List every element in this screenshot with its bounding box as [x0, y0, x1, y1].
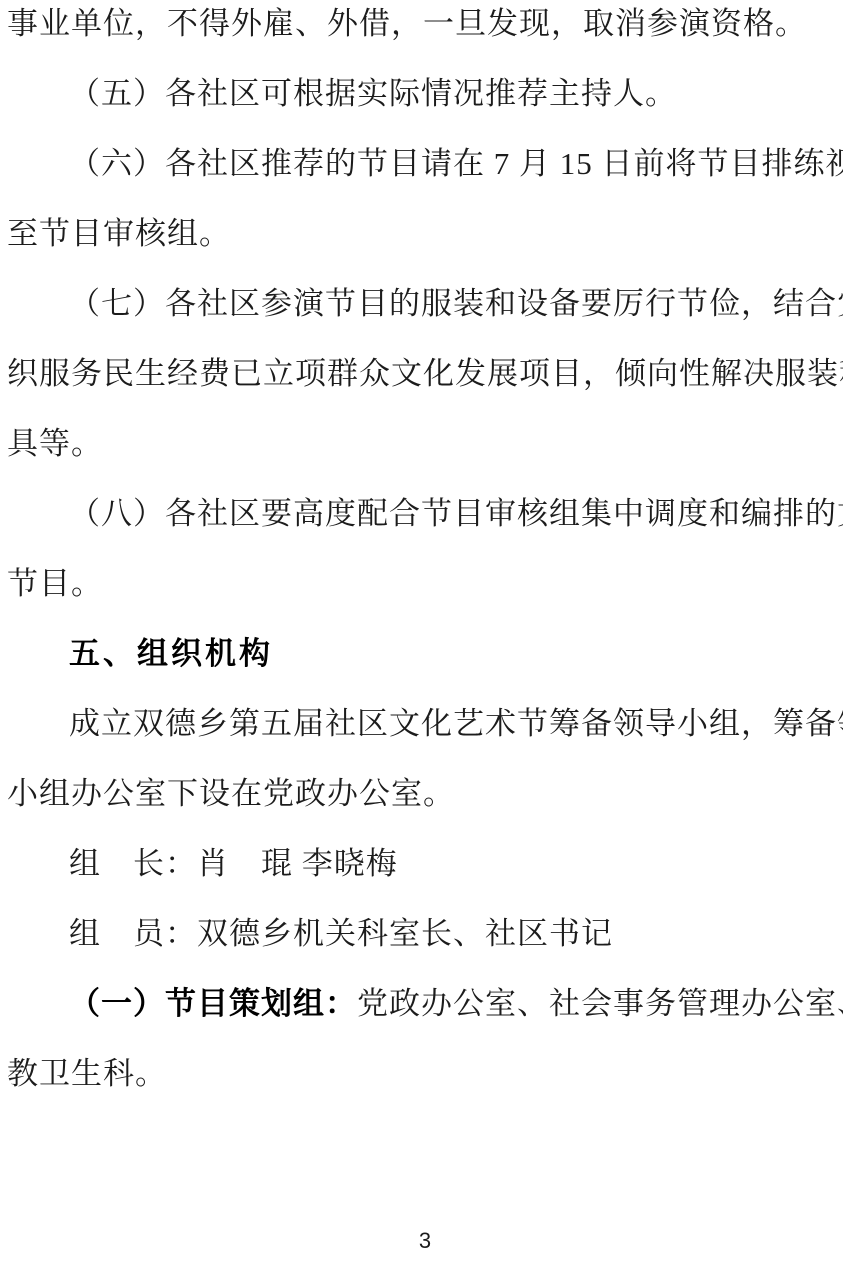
text-segment: 组 员：双德乡机关科室长、社区书记: [69, 916, 613, 951]
document-page: 事业单位，不得外雇、外借，一旦发现，取消参演资格。（五）各社区可根据实际情况推荐…: [0, 0, 850, 1261]
text-line-14: 组 员：双德乡机关科室长、社区书记: [7, 899, 843, 969]
text-segment: 具等。: [7, 426, 103, 461]
text-line-3: （六）各社区推荐的节目请在 7 月 15 日前将节目排练视频传: [7, 129, 843, 199]
text-segment: （五）各社区可根据实际情况推荐主持人。: [69, 76, 677, 111]
text-segment: （六）各社区推荐的节目请在 7 月 15 日前将节目排练视频传: [69, 146, 843, 181]
text-segment: 节目。: [7, 566, 103, 601]
text-line-5: （七）各社区参演节目的服装和设备要厉行节俭，结合党组: [7, 269, 843, 339]
text-segment: 事业单位，不得外雇、外借，一旦发现，取消参演资格。: [7, 6, 807, 41]
text-line-4: 至节目审核组。: [7, 199, 843, 269]
text-line-6: 织服务民生经费已立项群众文化发展项目，倾向性解决服装和道: [7, 339, 843, 409]
text-line-7: 具等。: [7, 409, 843, 479]
page-number: 3: [0, 1226, 850, 1256]
text-segment-bold: （一）节目策划组：: [69, 986, 357, 1021]
section-heading: 五、组织机构: [7, 619, 843, 689]
text-segment: 至节目审核组。: [7, 216, 231, 251]
text-segment: 教卫生科。: [7, 1056, 167, 1091]
text-line-8: （八）各社区要高度配合节目审核组集中调度和编排的文艺: [7, 479, 843, 549]
text-line-16: 教卫生科。: [7, 1039, 843, 1109]
text-line-12: 小组办公室下设在党政办公室。: [7, 759, 843, 829]
document-body: 事业单位，不得外雇、外借，一旦发现，取消参演资格。（五）各社区可根据实际情况推荐…: [7, 0, 843, 1109]
text-segment: 组 长：肖 琨 李晓梅: [69, 846, 398, 881]
text-line-9: 节目。: [7, 549, 843, 619]
text-segment: （七）各社区参演节目的服装和设备要厉行节俭，结合党组: [69, 286, 843, 321]
text-line-11: 成立双德乡第五届社区文化艺术节筹备领导小组，筹备领导: [7, 689, 843, 759]
text-segment: 党政办公室、社会事务管理办公室、文: [357, 986, 843, 1021]
text-segment: （八）各社区要高度配合节目审核组集中调度和编排的文艺: [69, 496, 843, 531]
text-line-15: （一）节目策划组：党政办公室、社会事务管理办公室、文: [7, 969, 843, 1039]
text-segment: 织服务民生经费已立项群众文化发展项目，倾向性解决服装和道: [7, 356, 843, 391]
text-segment: 小组办公室下设在党政办公室。: [7, 776, 455, 811]
text-line-13: 组 长：肖 琨 李晓梅: [7, 829, 843, 899]
text-segment: 成立双德乡第五届社区文化艺术节筹备领导小组，筹备领导: [69, 706, 843, 741]
text-line-2: （五）各社区可根据实际情况推荐主持人。: [7, 59, 843, 129]
text-line-1: 事业单位，不得外雇、外借，一旦发现，取消参演资格。: [7, 0, 843, 59]
text-segment-bold: 五、组织机构: [69, 636, 273, 671]
